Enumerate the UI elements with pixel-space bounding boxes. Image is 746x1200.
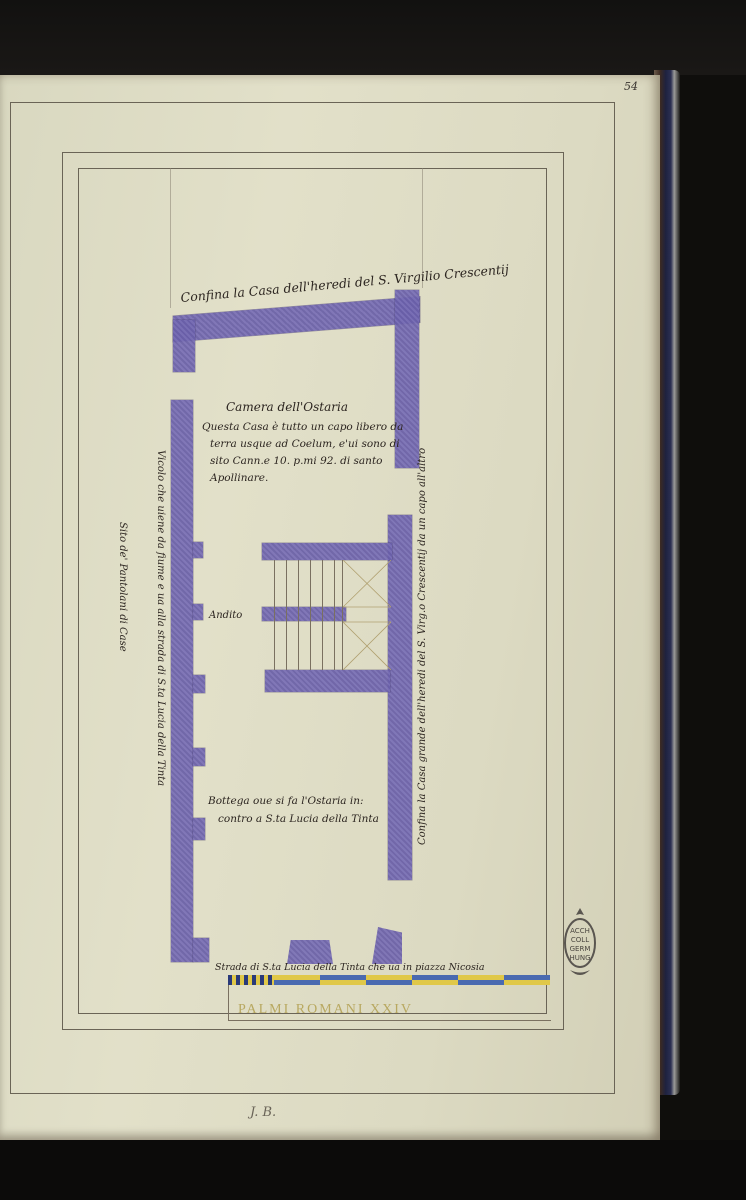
wall-stair-bottom <box>265 670 390 692</box>
wall-right-lower <box>388 515 412 880</box>
scale-segment <box>320 975 366 985</box>
right-border-label: Confina la Casa grande dell'heredi del S… <box>417 448 428 845</box>
wall-left-jamb <box>193 675 205 693</box>
scale-segment <box>412 975 458 985</box>
wall-left <box>171 400 193 962</box>
far-left-label: Sito de' Pantolani di Case <box>117 522 128 652</box>
stair-step <box>274 560 275 670</box>
room-upper-note-line: terra usque ad Coelum, e'ui sono di <box>210 438 400 450</box>
scale-segment <box>228 975 274 985</box>
stair-step <box>310 560 311 670</box>
scale-segment <box>366 975 412 985</box>
scale-segment <box>504 975 550 985</box>
wall-left-foot <box>193 938 209 962</box>
background-bottom <box>0 1140 746 1200</box>
landing-cross-icon <box>343 560 391 670</box>
wall-stair-top <box>262 543 392 560</box>
stair-landing <box>342 560 391 670</box>
corridor-label: Andito <box>209 610 242 621</box>
guide-line <box>170 168 171 308</box>
folio-number: 54 <box>624 80 638 93</box>
svg-text:COLL: COLL <box>571 936 589 944</box>
wall-top-left-stub <box>173 320 195 372</box>
stair-step <box>286 560 287 670</box>
stair-step <box>298 560 299 670</box>
room-lower-title-line: contro a S.ta Lucia della Tinta <box>218 813 379 825</box>
scale-segment <box>274 975 320 985</box>
svg-text:HUNG: HUNG <box>569 954 590 962</box>
wall-left-jamb <box>193 604 203 620</box>
wall-door-pier <box>287 940 333 964</box>
room-upper-title: Camera dell'Ostaria <box>226 400 348 414</box>
svg-text:ACCH: ACCH <box>570 927 590 935</box>
wall-left-jamb <box>193 542 203 558</box>
room-upper-note-line: sito Cann.e 10. p.mi 92. di santo <box>210 455 383 467</box>
room-upper-note-line: Apollinare. <box>210 472 268 484</box>
wall-left-jamb <box>193 748 205 766</box>
scale-title: PALMI ROMANI XXIV <box>238 1002 413 1018</box>
stair-step <box>322 560 323 670</box>
room-upper-note-line: Questa Casa è tutto un capo libero da <box>202 421 403 433</box>
wall-left-jamb <box>193 818 205 840</box>
library-stamp-icon: ACCH COLL GERM HUNG <box>560 905 600 980</box>
room-lower-title-line: Bottega oue si fa l'Ostaria in: <box>208 795 364 807</box>
bottom-street-label: Strada di S.ta Lucia della Tinta che ua … <box>215 962 485 973</box>
scale-segment <box>458 975 504 985</box>
stair-step <box>334 560 335 670</box>
pencil-mark: J. B. <box>250 1105 276 1120</box>
scale-bar <box>228 975 550 985</box>
left-street-label: Vicolo che uiene da fiume e ua alla stra… <box>155 450 166 786</box>
svg-text:GERM: GERM <box>570 945 591 953</box>
background-top <box>0 0 746 75</box>
